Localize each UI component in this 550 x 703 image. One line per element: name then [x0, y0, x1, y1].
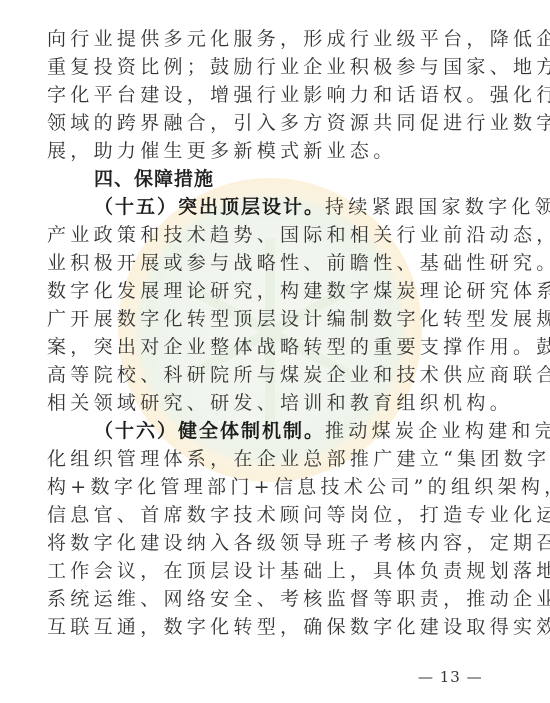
text-line: 化组织管理体系，在企业总部推广建立“集团数字化领导协调机	[47, 445, 473, 473]
item16-first-line: （十六）健全体制机制。推动煤炭企业构建和完善企业数字	[47, 417, 473, 445]
text-line: 业积极开展或参与战略性、前瞻性、基础性研究。加强煤炭特色	[47, 249, 473, 277]
text-line: 高等院校、科研院所与煤炭企业和技术供应商联合成立数字煤炭	[47, 361, 473, 389]
text-line: 信息官、首席数字技术顾问等岗位，打造专业化运维团队。企业	[47, 501, 473, 529]
text-line: 广开展数字化转型顶层设计编制数字化转型发展规划及实施方	[47, 305, 473, 333]
page-number: — 13 —	[418, 668, 483, 686]
text-line: 领域的跨界融合，引入多方资源共同促进行业数字化快速健康发	[47, 109, 473, 137]
item16-text: 推动煤炭企业构建和完善企业数字	[325, 420, 550, 442]
item15-text: 持续紧跟国家数字化领域战略规划、	[325, 196, 550, 218]
text-line: 数字化发展理论研究，构建数字煤炭理论研究体系。煤炭企业推	[47, 277, 473, 305]
text-line: 构+数字化管理部门+信息技术公司”的组织架构，探索设立首席	[47, 473, 473, 501]
text-line: 字化平台建设，增强行业影响力和话语权。强化行业数字化相关	[47, 81, 473, 109]
section-heading: 四、保障措施	[47, 165, 473, 193]
document-page: 向行业提供多元化服务，形成行业级平台，降低企业定制开发、 重复投资比例；鼓励行业…	[0, 0, 550, 703]
text-line: 系统运维、网络安全、考核监督等职责，推动企业实现信息共享、	[47, 585, 473, 613]
document-body: 向行业提供多元化服务，形成行业级平台，降低企业定制开发、 重复投资比例；鼓励行业…	[47, 25, 473, 641]
text-line: 相关领域研究、研发、培训和教育组织机构。	[47, 389, 473, 417]
text-line: 互联互通，数字化转型，确保数字化建设取得实效。	[47, 613, 473, 641]
text-line: 重复投资比例；鼓励行业企业积极参与国家、地方及相关行业数	[47, 53, 473, 81]
text-line: 将数字化建设纳入各级领导班子考核内容，定期召开数字化转型	[47, 529, 473, 557]
item16-title: （十六）健全体制机制。	[94, 420, 325, 442]
item15-first-line: （十五）突出顶层设计。持续紧跟国家数字化领域战略规划、	[47, 193, 473, 221]
item15-title: （十五）突出顶层设计。	[94, 196, 325, 218]
text-line: 展，助力催生更多新模式新业态。	[47, 137, 473, 165]
text-line: 工作会议，在顶层设计基础上，具体负责规划落地、项目建设、	[47, 557, 473, 585]
text-line: 案，突出对企业整体战略转型的重要支撑作用。鼓励和支持相关	[47, 333, 473, 361]
text-line: 向行业提供多元化服务，形成行业级平台，降低企业定制开发、	[47, 25, 473, 53]
text-line: 产业政策和技术趋势、国际和相关行业前沿动态，推动行业和企	[47, 221, 473, 249]
